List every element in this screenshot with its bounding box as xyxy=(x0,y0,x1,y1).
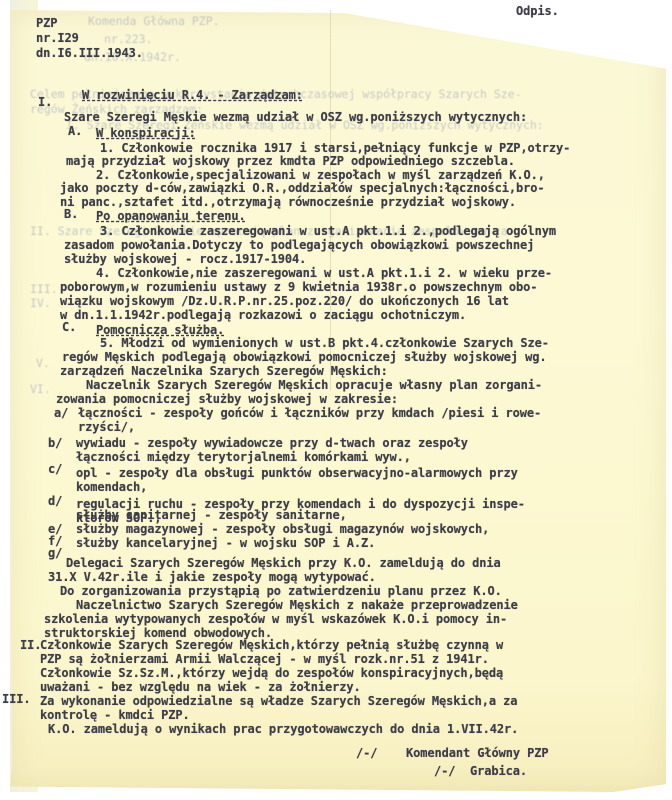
service-text: służby sanitarnej - zespoły sanitarne, xyxy=(76,508,347,522)
service-text: komendach, xyxy=(76,480,147,494)
typed-text: Odpis. PZP nr.I29 dn.I6.III.1943. I. W r… xyxy=(0,0,672,800)
body-line: PZP są żołnierzami Armii Walczącej - w m… xyxy=(40,652,489,666)
section-i-label: I. xyxy=(38,95,52,109)
body-line: 3. Członkowie zaszeregowani w ust.A pkt.… xyxy=(100,224,556,238)
signature-title: Komendant Główny PZP xyxy=(406,746,549,760)
part-b-label: B. xyxy=(64,207,78,221)
intro-line: Szare Szeregi Męskie wezmą udział w OSZ … xyxy=(64,110,527,124)
part-a-title: W konspiracji: xyxy=(96,126,196,140)
body-line: 2. Członkowie,specjalizowani w zespołach… xyxy=(96,168,545,182)
body-line: służby wojskowej - rocz.1917-1904. xyxy=(64,252,306,266)
body-line: kontrolę - kmdci PZP. xyxy=(40,708,190,722)
body-line: 31.X V.42r.ile i jakie zespoły mogą wyty… xyxy=(48,570,376,584)
service-label: c/ xyxy=(48,462,62,476)
service-label: b/ xyxy=(48,436,62,450)
part-c-label: C. xyxy=(62,320,76,334)
header-date: dn.I6.III.1943. xyxy=(36,46,143,60)
body-line: uważani - bez względu na wiek - za żołni… xyxy=(40,680,361,694)
service-text: rzyści/, xyxy=(78,420,135,434)
section-ii-label: II. xyxy=(20,638,41,652)
service-text: wywiadu - zespoły wywiadowcze przy d-twa… xyxy=(76,436,468,450)
service-text: służby kancelaryjnej - w wojsku SOP i A.… xyxy=(76,536,375,550)
body-line: mają przydział wojskowy przez kmdta PZP … xyxy=(66,154,515,168)
header-org: PZP xyxy=(36,16,57,30)
body-line: Członkowie Szarych Szeregów Męskich,któr… xyxy=(40,638,503,652)
body-line: ni panc.,sztafet itd.,otrzymają równocze… xyxy=(60,195,516,209)
body-line: Do zorganizowania przystąpią po zatwierd… xyxy=(60,584,502,598)
body-line: K.O. zameldują o wynikach prac przygotow… xyxy=(48,722,518,736)
body-line: Za wykonanie odpowiedzialne są władze Sz… xyxy=(40,694,517,708)
signature-name: Grabica. xyxy=(470,764,527,778)
part-a-label: A. xyxy=(68,124,82,138)
body-line: szkolenia wytypowanych zespołów w myśl w… xyxy=(44,612,507,626)
body-line: Delegaci Szarych Szeregów Męskich przy K… xyxy=(66,556,501,570)
service-text: służby magazynowej - zespoły obsługi mag… xyxy=(76,522,489,536)
section-iii-label: III. xyxy=(2,692,31,706)
body-line: Naczelnictwo Szarych Szeregów Męskich z … xyxy=(76,598,518,612)
service-text: łączności między terytorjalnemi komórkam… xyxy=(76,450,411,464)
header-number: nr.I29 xyxy=(36,31,79,45)
body-line: Członkowie Sz.Sz.M.,którzy wejdą do zesp… xyxy=(40,666,503,680)
body-line: regów Męskich podlegają obowiązkowi pomo… xyxy=(62,350,546,364)
scanned-document: Komenda Główna PZP. nr.223. dn.10.X.1942… xyxy=(0,0,672,800)
service-text: opl - zespoły dla obsługi punktów obserw… xyxy=(76,466,518,480)
body-line: 1. Członkowie rocznika 1917 i starsi,peł… xyxy=(100,141,570,155)
body-line: zarządzeń Naczelnika Szarych Szeregów Mę… xyxy=(60,364,388,378)
body-line: 5. Młodzi od wymienionych w ust.B pkt.4.… xyxy=(100,336,549,350)
signature-title-prefix: /-/ xyxy=(356,746,377,760)
service-label: g/ xyxy=(48,546,62,560)
section-i-title: W rozwinięciu R.4. - Zarządzam: xyxy=(82,88,303,102)
body-line: 4. Członkowie,nie zaszeregowani w ust.A … xyxy=(96,266,552,280)
signature-name-prefix: /-/ xyxy=(434,764,455,778)
body-line: zasadom powołania.Dotyczy to podlegający… xyxy=(64,238,534,252)
part-b-title: Po opanowaniu terenu. xyxy=(96,209,246,223)
service-label: a/ xyxy=(54,406,68,420)
service-label: d/ xyxy=(48,494,62,508)
copy-mark: Odpis. xyxy=(516,4,559,18)
body-line: Naczelnik Szarych Szeregów Męskich oprac… xyxy=(86,378,542,392)
body-line: jako poczty d-ców,zawiązki O.R.,oddziałó… xyxy=(60,181,544,195)
body-line: w dn.1.1.1942r.podlegają rozkazowi o zac… xyxy=(60,308,466,322)
body-line: poborowym,w rozumieniu ustawy z 9 kwietn… xyxy=(60,280,537,294)
body-line: zowania pomocniczej służby wojskowej w z… xyxy=(56,392,398,406)
service-text: łączności - zespoły gońców i łączników p… xyxy=(78,406,541,420)
part-c-title: Pomocnicza służba. xyxy=(96,323,224,337)
body-line: wiązku wojskowym /Dz.U.R.P.nr.25.poz.220… xyxy=(60,294,509,308)
